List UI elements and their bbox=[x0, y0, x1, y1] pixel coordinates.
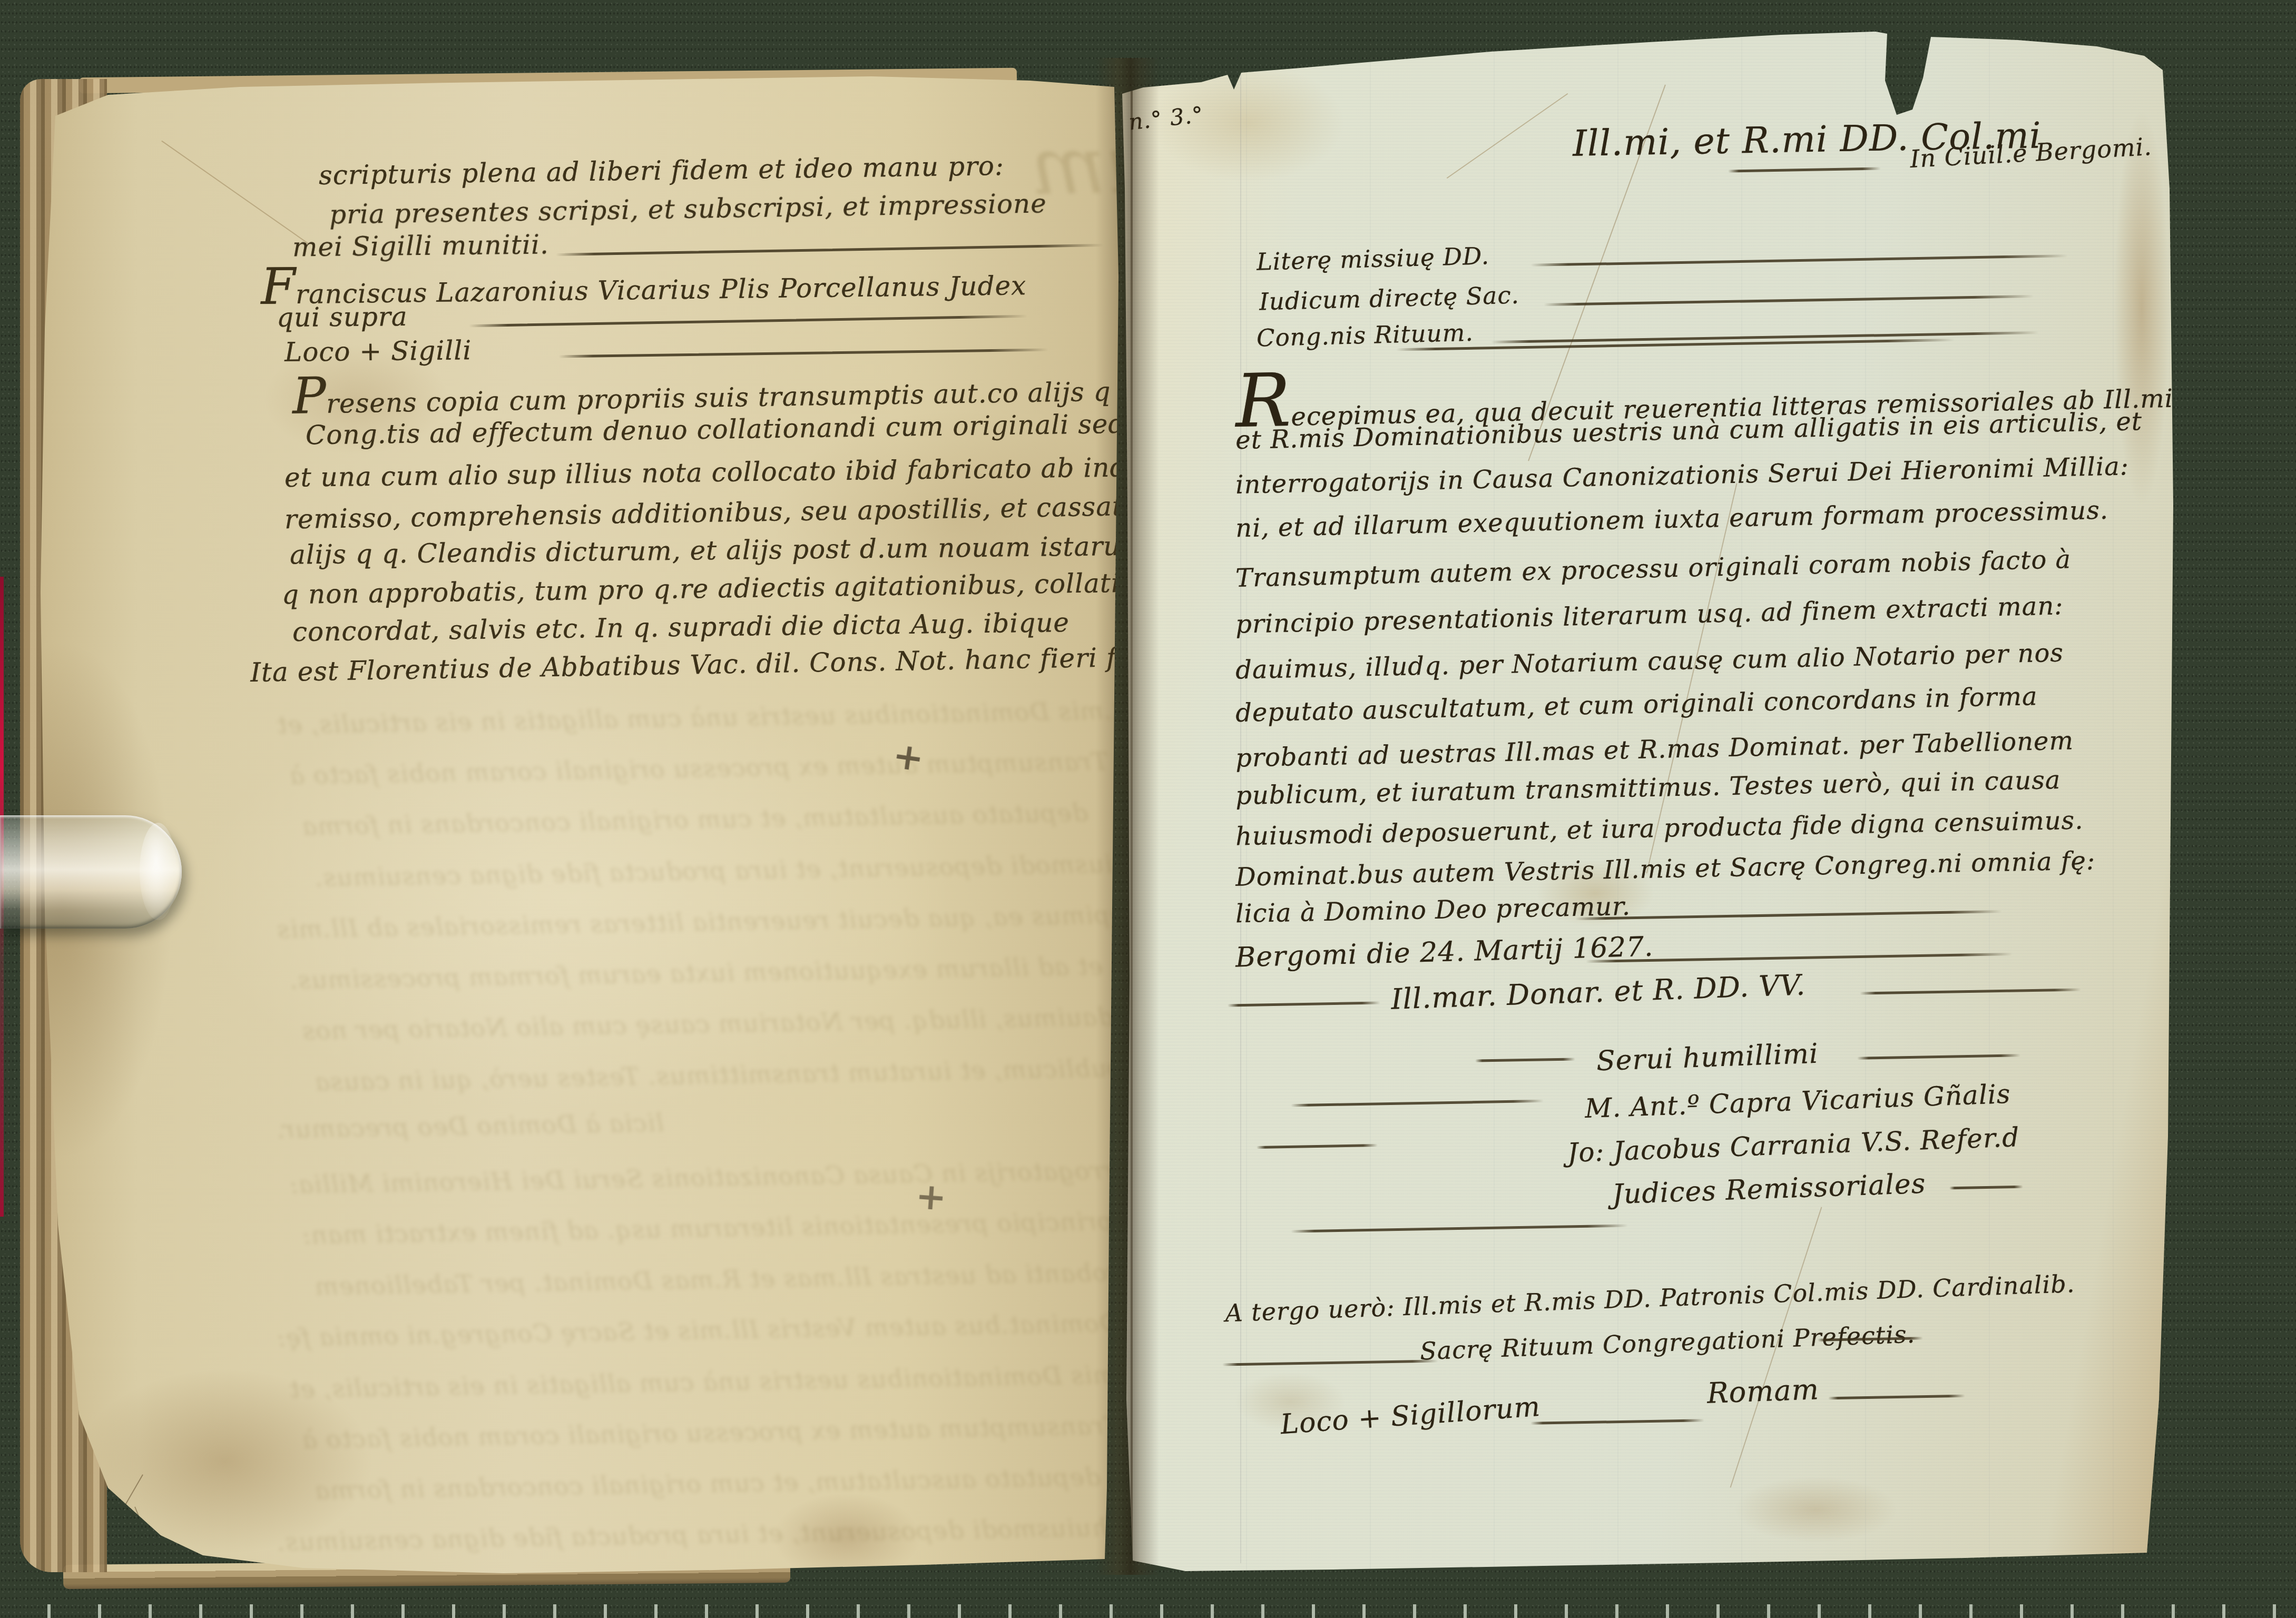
signature-line: Jo: Jacobus Carrania V.S. Refer.d bbox=[1567, 1122, 2020, 1168]
left-page: et R.mis Dominationibus uestris unà cum … bbox=[29, 66, 1120, 1583]
ink-rule bbox=[556, 244, 1104, 256]
manuscript-line: pria presentes scripsi, et subscripsi, e… bbox=[329, 188, 1047, 230]
ink-rule bbox=[1228, 1001, 1380, 1007]
ink-rule bbox=[1291, 1224, 1628, 1232]
ink-rule bbox=[1828, 1395, 1965, 1400]
bleed-through-line: deputato auscultatum, et cum originali c… bbox=[302, 798, 1088, 841]
manuscript-line: Loco + Sigilli bbox=[284, 335, 472, 368]
letter-body-line: dauimus, illudq. per Notarium causę cum … bbox=[1235, 638, 2064, 685]
ink-rule bbox=[558, 349, 1048, 358]
manuscript-line: scripturis plena ad liberi fidem et ideo… bbox=[319, 151, 1004, 191]
bleed-through-line: licia à Domino Deo precamur. bbox=[277, 1109, 664, 1145]
manuscript-photo: et R.mis Dominationibus uestris unà cum … bbox=[0, 0, 2296, 1618]
bleed-through-line: Transumptum autem ex processu originali … bbox=[302, 1411, 1120, 1454]
folio-number: n.° 3.° bbox=[1127, 102, 1205, 135]
corner-crease bbox=[161, 141, 309, 244]
right-page: n.° 3.° Ill.mi, et R.mi DD. Col.mi In Ci… bbox=[1122, 31, 2173, 1571]
signature-line: Judices Remissoriales bbox=[1612, 1168, 1926, 1211]
ink-rule bbox=[1475, 1058, 1575, 1062]
scale-ruler-ticks bbox=[0, 1604, 2296, 1618]
ink-rule bbox=[1396, 339, 1955, 351]
letter-body-line: licia à Domino Deo precamur. bbox=[1235, 892, 1631, 929]
ink-rule bbox=[1575, 910, 2002, 920]
bleed-through-line: Recepimus ea, qua decuit reuerentia litt… bbox=[277, 900, 1120, 944]
ink-rule bbox=[1291, 1100, 1544, 1107]
bleed-through-line: probanti ad uestras Ill.mas et R.mas Dom… bbox=[315, 1258, 1120, 1301]
ink-rule bbox=[1544, 295, 2034, 306]
scratch-crease bbox=[1447, 93, 1568, 179]
bleed-through-line: ni, et ad illarum exequutionem iuxta ear… bbox=[289, 951, 1120, 995]
bleed-through-line: publicum, et iuratum transmittimus. Test… bbox=[315, 1054, 1120, 1097]
signature-line: M. Ant.º Capra Vicarius Gñalis bbox=[1584, 1079, 2011, 1124]
letter-body-line: deputato auscultatum, et cum originali c… bbox=[1235, 682, 2038, 728]
bleed-through-line: Transumptum autem ex processu originali … bbox=[289, 747, 1108, 790]
letter-body-line: publicum, et iuratum transmittimus. Test… bbox=[1235, 765, 2061, 811]
bleed-through-line: huiusmodi deposuerunt, et iura producta … bbox=[315, 849, 1120, 893]
manuscript-line: remisso, comprehensis additionibus, seu … bbox=[284, 490, 1178, 535]
seal-note: Loco + Sigillorum bbox=[1280, 1391, 1542, 1441]
letter-body-line: interrogatorijs in Causa Canonizationis … bbox=[1235, 451, 2130, 500]
address-line: A tergo uerò: Ill.mis et R.mis DD. Patro… bbox=[1225, 1269, 2076, 1327]
chain-line bbox=[1240, 73, 1241, 1563]
letter-body-line: Transumptum autem ex processu originali … bbox=[1235, 545, 2072, 593]
dateline: Bergomi die 24. Martij 1627. bbox=[1235, 931, 1654, 974]
letter-body-line: principio presentationis literarum usq. … bbox=[1235, 591, 2064, 639]
manuscript-line: q non approbatis, tum pro q.re adiectis … bbox=[282, 567, 1198, 610]
manuscript-line: et una cum alio sup illius nota collocat… bbox=[284, 452, 1144, 493]
bleed-through-line: et R.mis Dominationibus uestris unà cum … bbox=[277, 695, 1120, 739]
letter-body-line: ni, et ad illarum exequutionem iuxta ear… bbox=[1235, 496, 2109, 544]
ink-rule bbox=[1222, 1359, 1438, 1366]
letter-body-line: huiusmodi deposuerunt, et iura producta … bbox=[1235, 806, 2084, 852]
cross-mark: + bbox=[914, 1173, 948, 1219]
manuscript-line: qui supra bbox=[277, 301, 408, 333]
fold-line bbox=[1131, 81, 1133, 1563]
ink-rule bbox=[1530, 1419, 1704, 1425]
cross-mark: + bbox=[890, 733, 927, 780]
manuscript-line: concordat, salvis etc. In q. supradi die… bbox=[292, 607, 1070, 647]
manuscript-line: Ita est Florentius de Abbatibus Vac. dil… bbox=[250, 640, 1218, 688]
address-line: Sacrę Rituum Congregationi Prefectis. bbox=[1419, 1320, 1916, 1366]
manuscript-line: alijs q q. Cleandis dicturum, et alijs p… bbox=[290, 530, 1146, 570]
ink-rule bbox=[1949, 1186, 2023, 1189]
ink-rule bbox=[469, 315, 1027, 327]
ink-rule bbox=[1530, 254, 2068, 267]
bleed-through-line: huiusmodi deposuerunt, et iura producta … bbox=[277, 1513, 1108, 1557]
bleed-through-line: Dominat.bus autem Vestris Ill.mis et Sac… bbox=[277, 1309, 1120, 1353]
docket-line: Literę missiuę DD. bbox=[1256, 242, 1489, 276]
address-line: Romam bbox=[1706, 1373, 1820, 1409]
bleed-through-line: dauimus, illudq. per Notarium causę cum … bbox=[302, 1003, 1114, 1046]
ink-rule bbox=[1857, 1054, 2020, 1059]
ink-rule bbox=[1860, 988, 2081, 994]
letter-body-line: probanti ad uestras Ill.mas et R.mas Dom… bbox=[1235, 726, 2074, 773]
bleed-through-line: interrogatorijs in Causa Canonizationis … bbox=[289, 1155, 1120, 1199]
bleed-through-line: deputato auscultatum, et cum originali c… bbox=[315, 1463, 1101, 1505]
letter-body-line: Dominat.bus autem Vestris Ill.mis et Sac… bbox=[1235, 846, 2096, 892]
ink-rule bbox=[1728, 167, 1881, 172]
bleed-through-line: principio presentationis literarum usq. … bbox=[302, 1207, 1114, 1250]
manuscript-line: mei Sigilli munitii. bbox=[292, 229, 549, 262]
docket-line: Iudicum directę Sac. bbox=[1259, 281, 1519, 316]
ink-rule bbox=[1257, 1144, 1378, 1149]
bleed-through-line: et R.mis Dominationibus uestris unà cum … bbox=[289, 1359, 1120, 1404]
valediction: Ill.mar. Donar. et R. DD. VV. bbox=[1390, 968, 1806, 1015]
signature-line: Serui humillimi bbox=[1596, 1038, 1819, 1078]
glass-weight bbox=[0, 815, 182, 929]
